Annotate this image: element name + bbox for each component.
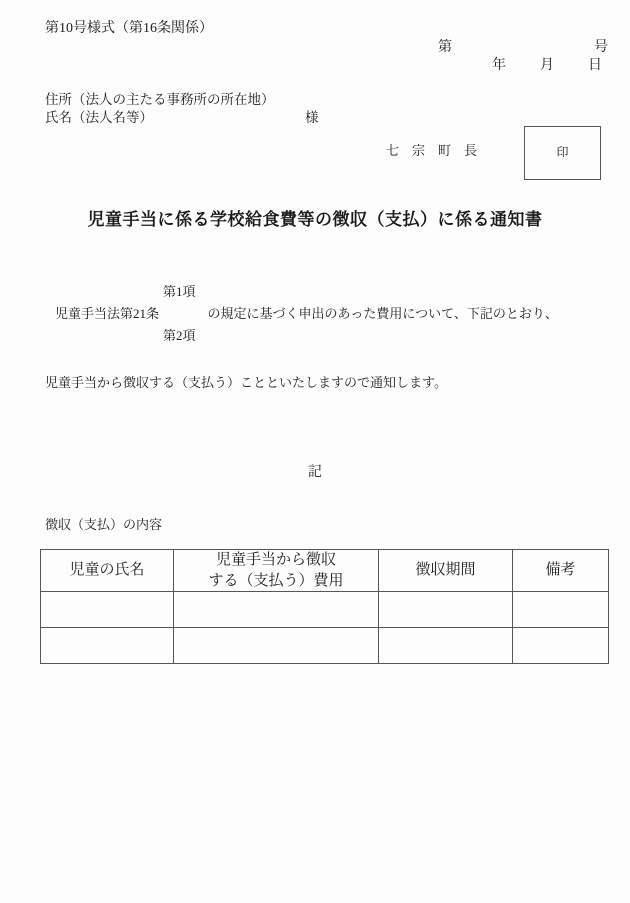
empty-cell bbox=[41, 628, 174, 664]
table-header-row: 児童の氏名 児童手当から徴収 する（支払う）費用 徴収期間 備考 bbox=[41, 550, 609, 592]
col-header-child-name: 児童の氏名 bbox=[41, 550, 174, 592]
section-heading: 徴収（支払）の内容 bbox=[45, 517, 162, 534]
document-title: 児童手当に係る学校給食費等の徴収（支払）に係る通知書 bbox=[0, 209, 630, 231]
date-year-label: 年 bbox=[492, 57, 506, 75]
clause-option-2: 第2項 bbox=[163, 328, 196, 345]
law-clause-line: 児童手当法第21条 第1項 第2項 の規定に基づく申出のあった費用について、下記… bbox=[55, 284, 558, 345]
law-clause-prefix: 児童手当法第21条 bbox=[55, 306, 159, 323]
recipient-honorific: 様 bbox=[305, 109, 319, 127]
table-row bbox=[41, 592, 609, 628]
col-header-period: 徴収期間 bbox=[379, 550, 513, 592]
empty-cell bbox=[513, 628, 609, 664]
col-header-fee: 児童手当から徴収 する（支払う）費用 bbox=[174, 550, 379, 592]
document-page: 第10号様式（第16条関係） 第 号 年 月 日 住所（法人の主たる事務所の所在… bbox=[0, 0, 630, 903]
seal-label: 印 bbox=[556, 145, 568, 161]
form-number-label: 第10号様式（第16条関係） bbox=[45, 20, 213, 38]
table-row bbox=[41, 628, 609, 664]
empty-cell bbox=[174, 592, 379, 628]
seal-box: 印 bbox=[524, 126, 601, 180]
empty-cell bbox=[513, 592, 609, 628]
content-table: 児童の氏名 児童手当から徴収 する（支払う）費用 徴収期間 備考 bbox=[40, 549, 609, 664]
record-marker: 記 bbox=[0, 464, 630, 482]
col-header-remarks: 備考 bbox=[513, 550, 609, 592]
recipient-address-label: 住所（法人の主たる事務所の所在地） bbox=[45, 91, 275, 109]
clause-option-1: 第1項 bbox=[163, 284, 196, 301]
notification-line: 児童手当から徴収する（支払う）ことといたしますので通知します。 bbox=[45, 375, 447, 392]
date-month-label: 月 bbox=[540, 57, 554, 75]
law-clause-suffix: の規定に基づく申出のあった費用について、下記のとおり、 bbox=[208, 306, 558, 323]
clause-options: 第1項 第2項 bbox=[163, 284, 196, 345]
empty-cell bbox=[41, 592, 174, 628]
date-day-label: 日 bbox=[588, 57, 602, 75]
issue-number-line: 第 号 bbox=[438, 39, 608, 57]
empty-cell bbox=[174, 628, 379, 664]
empty-cell bbox=[379, 628, 513, 664]
issue-number-prefix: 第 bbox=[438, 39, 452, 57]
issue-number-suffix: 号 bbox=[594, 39, 608, 57]
recipient-name-label: 氏名（法人名等） bbox=[45, 109, 153, 127]
empty-cell bbox=[379, 592, 513, 628]
issue-date-line: 年 月 日 bbox=[492, 57, 602, 75]
issuer-title: 七 宗 町 長 bbox=[386, 143, 477, 160]
